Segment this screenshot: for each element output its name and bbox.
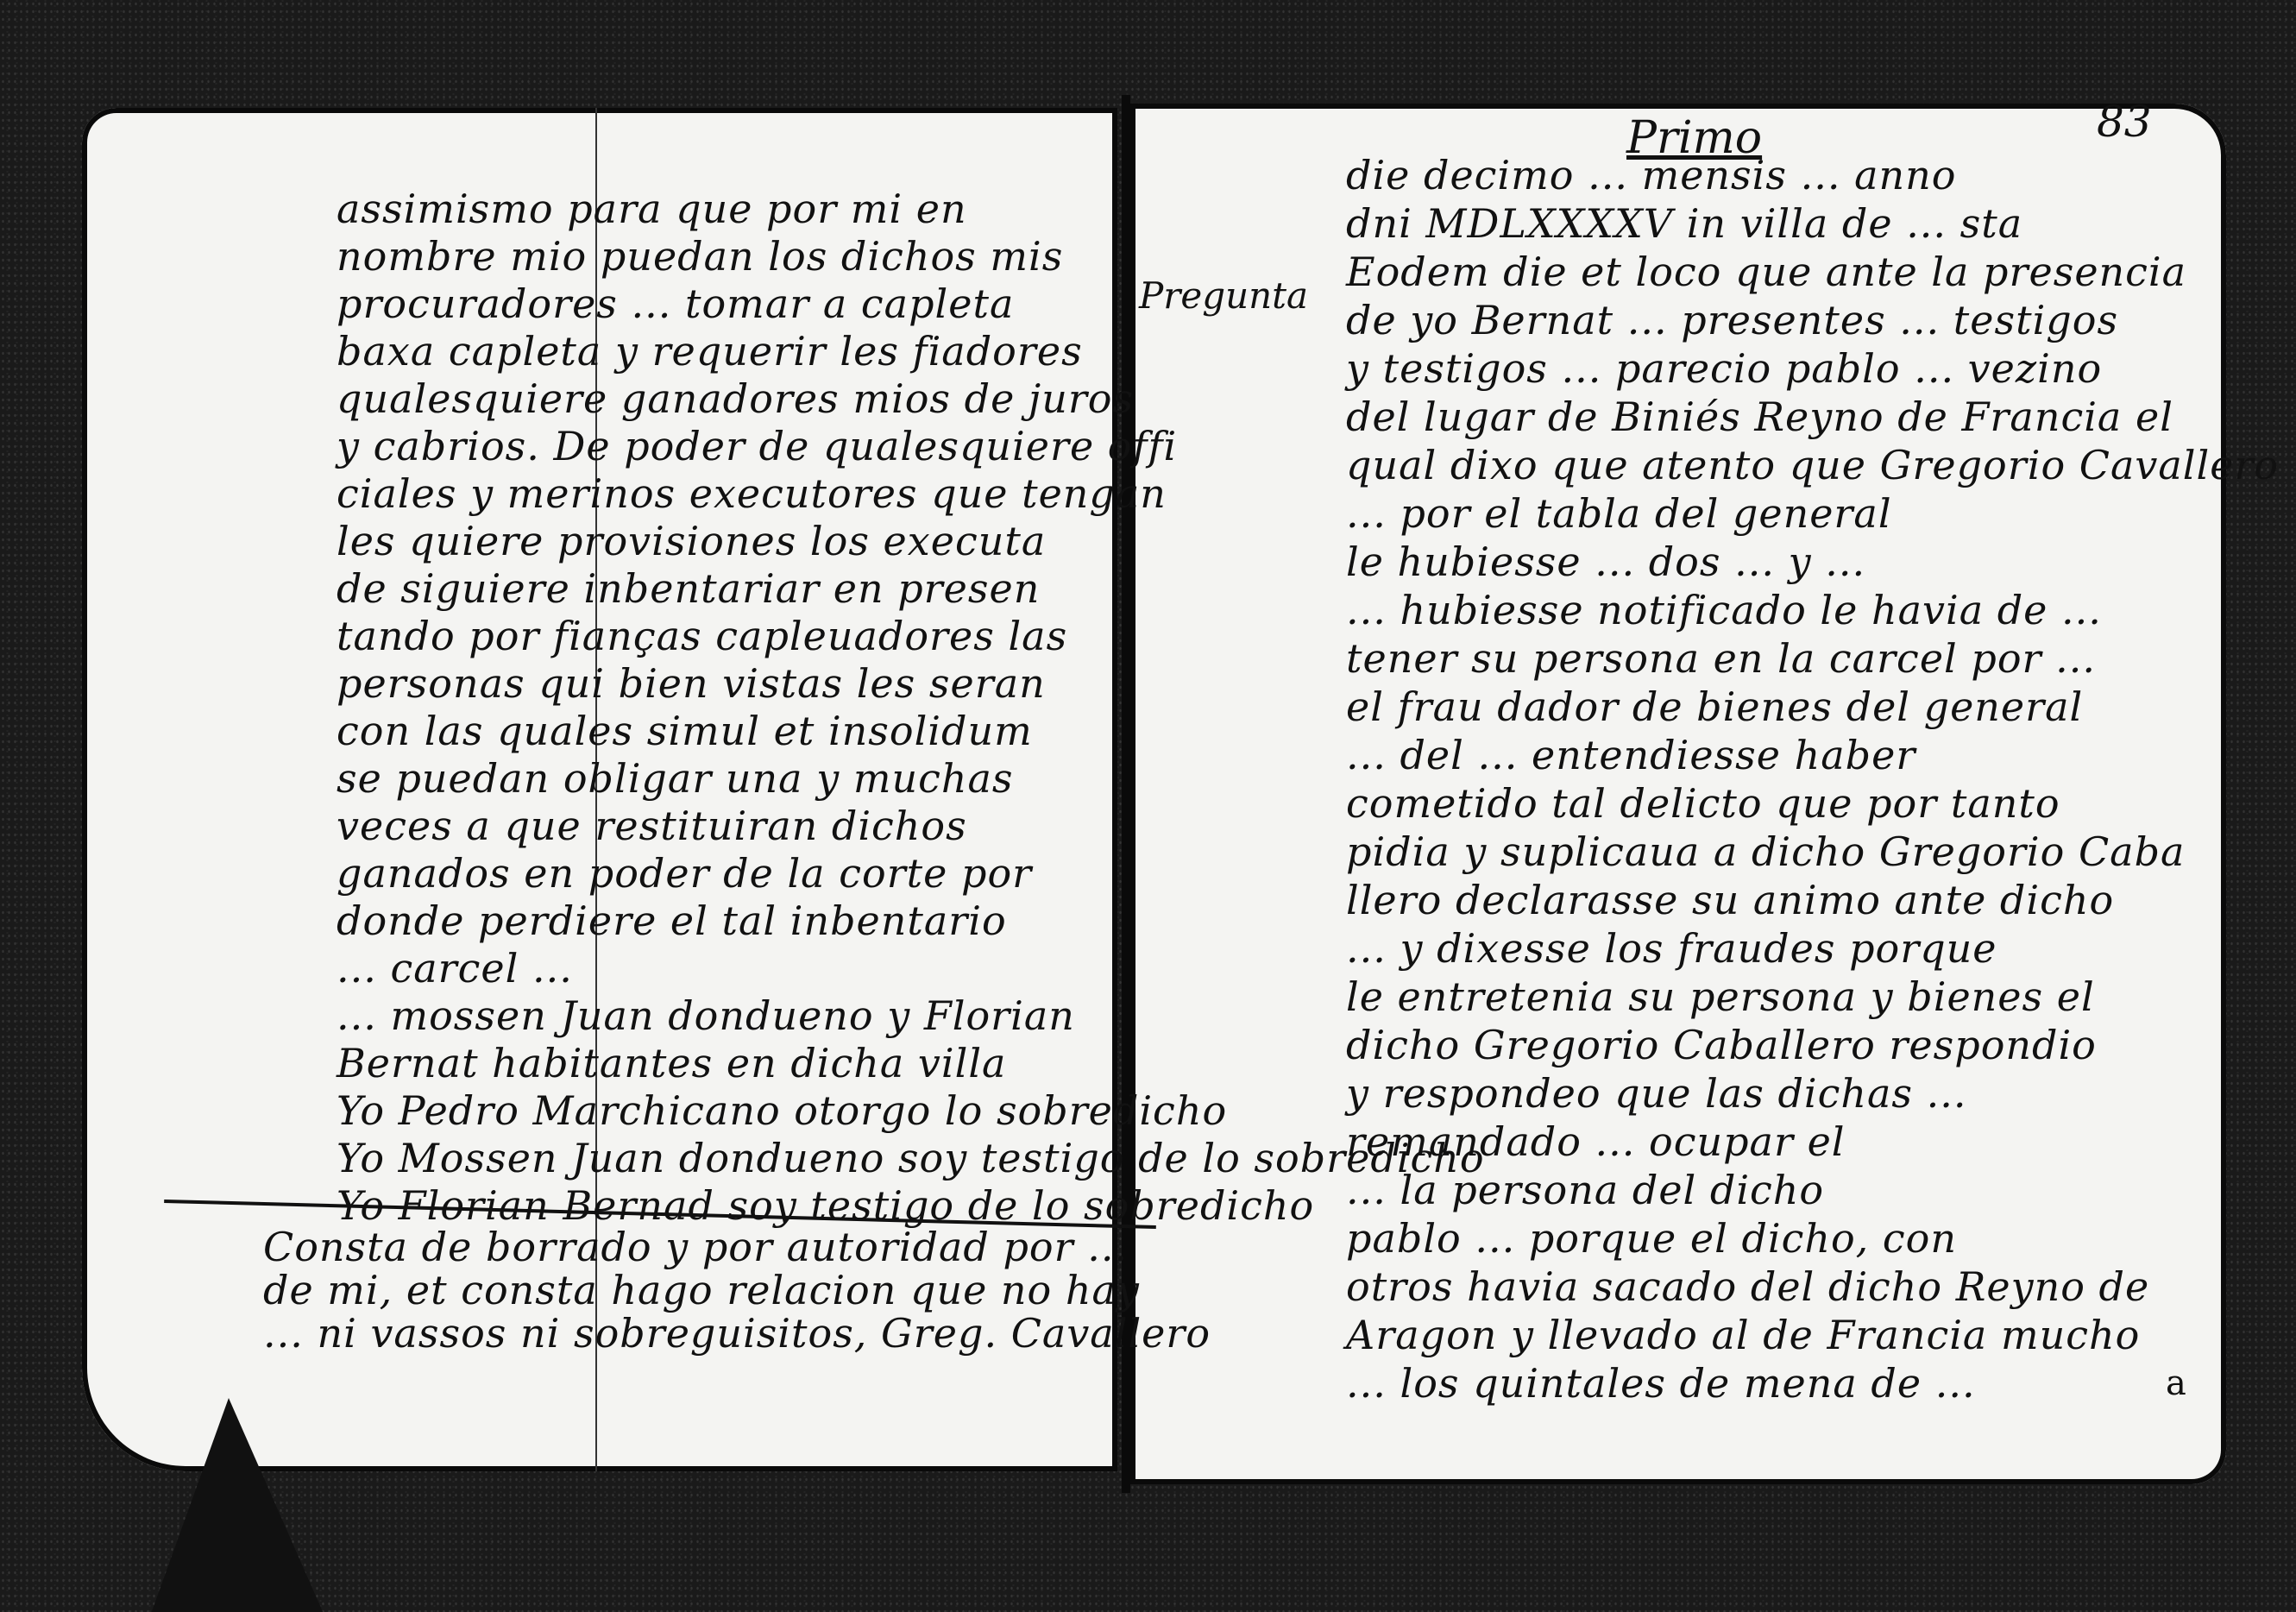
right-page-text: die decimo ... mensis ... annodni MDLXXX… — [1346, 151, 2279, 1407]
manuscript-line: ... mossen Juan dondueno y Florian — [337, 992, 1485, 1040]
manuscript-line: cometido tal delicto que por tanto — [1346, 779, 2279, 828]
manuscript-line: pablo ... porque el dicho, con — [1346, 1214, 2279, 1263]
manuscript-line: de siguiere inbentariar en presen — [337, 565, 1485, 613]
manuscript-line: ciales y merinos executores que tengan — [337, 470, 1485, 518]
manuscript-line: y cabrios. De poder de qualesquiere offi — [337, 423, 1485, 470]
manuscript-line: ... y dixesse los fraudes porque — [1346, 924, 2279, 973]
manuscript-line: el frau dador de bienes del general — [1346, 683, 2279, 731]
manuscript-line: dicho Gregorio Caballero respondio — [1346, 1021, 2279, 1069]
manuscript-line: le entretenia su persona y bienes el — [1346, 973, 2279, 1021]
manuscript-line: con las quales simul et insolidum — [337, 708, 1485, 755]
manuscript-line: Bernat habitantes en dicha villa — [337, 1040, 1485, 1087]
manuscript-line: Aragon y llevado al de Francia mucho — [1346, 1311, 2279, 1359]
manuscript-line: ... hubiesse notificado le havia de ... — [1346, 586, 2279, 634]
folio-number: 83 — [2097, 97, 2152, 147]
manuscript-line: pidia y suplicaua a dicho Gregorio Caba — [1346, 828, 2279, 876]
manuscript-line: Eodem die et loco que ante la presencia — [1346, 248, 2279, 296]
manuscript-line: baxa capleta y requerir les fiadores — [337, 328, 1485, 375]
manuscript-line: ... los quintales de mena de ... — [1346, 1359, 2279, 1407]
manuscript-line: qual dixo que atento que Gregorio Cavall… — [1346, 441, 2279, 489]
manuscript-line: y testigos ... parecio pablo ... vezino — [1346, 344, 2279, 393]
left-footer-text: Consta de borrado y por autoridad por ..… — [263, 1225, 1211, 1355]
manuscript-line: procuradores ... tomar a capleta — [337, 280, 1485, 328]
manuscript-line: ... ni vassos ni sobreguisitos, Greg. Ca… — [263, 1312, 1211, 1355]
manuscript-line: otros havia sacado del dicho Reyno de — [1346, 1263, 2279, 1311]
manuscript-line: Yo Pedro Marchicano otorgo lo sobredicho — [337, 1087, 1485, 1135]
manuscript-line: le hubiesse ... dos ... y ... — [1346, 538, 2279, 586]
manuscript-line: llero declarasse su animo ante dicho — [1346, 876, 2279, 924]
page-tab-mark: a — [2166, 1363, 2186, 1403]
manuscript-line: tener su persona en la carcel por ... — [1346, 634, 2279, 683]
manuscript-line: donde perdiere el tal inbentario — [337, 897, 1485, 945]
manuscript-line: nombre mio puedan los dichos mis — [337, 233, 1485, 280]
manuscript-line: ... carcel ... — [337, 945, 1485, 992]
manuscript-line: Consta de borrado y por autoridad por ..… — [263, 1225, 1211, 1269]
manuscript-line: ... por el tabla del general — [1346, 489, 2279, 538]
left-page-text: assimismo para que por mi ennombre mio p… — [337, 186, 1485, 1230]
manuscript-line: de yo Bernat ... presentes ... testigos — [1346, 296, 2279, 344]
manuscript-line: ... la persona del dicho — [1346, 1166, 2279, 1214]
manuscript-line: remandado ... ocupar el — [1346, 1118, 2279, 1166]
manuscript-line: les quiere provisiones los executa — [337, 518, 1485, 565]
manuscript-line: de mi, et consta hago relacion que no ha… — [263, 1269, 1211, 1312]
manuscript-line: die decimo ... mensis ... anno — [1346, 151, 2279, 199]
manuscript-line: y respondeo que las dichas ... — [1346, 1069, 2279, 1118]
manuscript-line: assimismo para que por mi en — [337, 186, 1485, 233]
manuscript-line: Yo Florian Bernad soy testigo de lo sobr… — [337, 1182, 1485, 1230]
manuscript-line: ... del ... entendiesse haber — [1346, 731, 2279, 779]
manuscript-line: se puedan obligar una y muchas — [337, 755, 1485, 803]
manuscript-line: Yo Mossen Juan dondueno soy testigo de l… — [337, 1135, 1485, 1182]
manuscript-line: dni MDLXXXXV in villa de ... sta — [1346, 199, 2279, 248]
manuscript-line: del lugar de Biniés Reyno de Francia el — [1346, 393, 2279, 441]
manuscript-line: tando por fianças capleuadores las — [337, 613, 1485, 660]
manuscript-line: veces a que restituiran dichos — [337, 803, 1485, 850]
manuscript-line: personas qui bien vistas les seran — [337, 660, 1485, 708]
manuscript-line: ganados en poder de la corte por — [337, 850, 1485, 897]
page-corner-fold — [151, 1398, 324, 1612]
manuscript-line: qualesquiere ganadores mios de juros — [337, 375, 1485, 423]
